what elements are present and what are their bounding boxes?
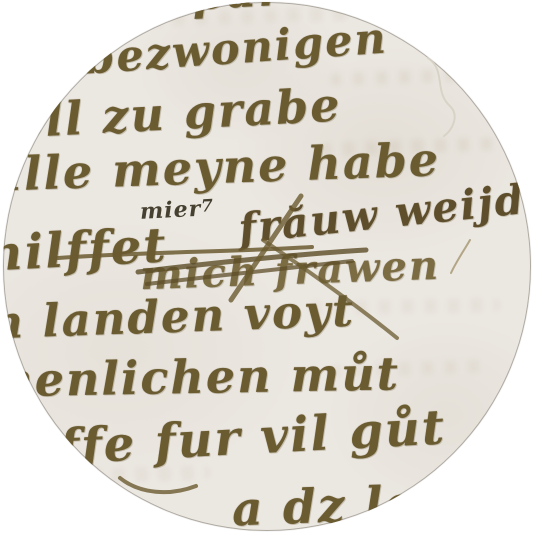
swash-fragment — [450, 4, 468, 44]
handwritten-line: bezwonigen — [83, 13, 390, 84]
insertion-mark: 7 — [201, 196, 215, 217]
handwritten-line: n landen voyt — [3, 284, 356, 350]
manuscript-page-surface: par bezwonigen ell zu grabe alle meyne h… — [3, 2, 531, 531]
paper-fibre-curl — [428, 58, 455, 136]
circular-manuscript-image: par bezwonigen ell zu grabe alle meyne h… — [3, 2, 531, 531]
handwritten-line-fragment: par — [191, 2, 286, 20]
manuscript-crop: par bezwonigen ell zu grabe alle meyne h… — [0, 0, 534, 534]
descender-tail — [120, 478, 196, 492]
hairline-stroke — [451, 240, 470, 273]
handwritten-line: menlichen můt — [3, 346, 400, 407]
show-through-text-ghost — [330, 67, 500, 86]
handwritten-line: lffe fur vil gůt — [37, 399, 447, 476]
handwritten-line: a dz lebe — [231, 474, 484, 531]
